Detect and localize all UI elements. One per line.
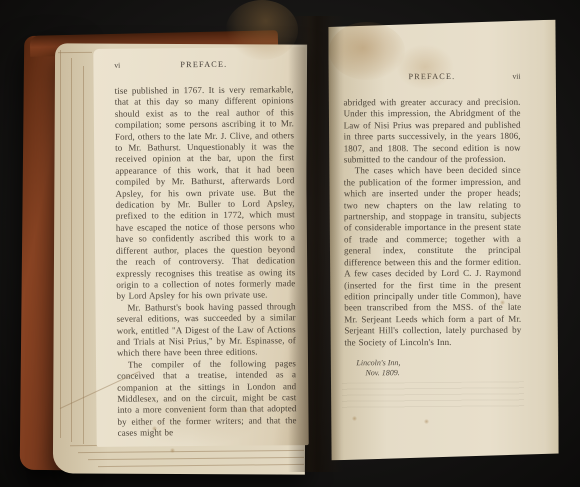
- foxing-spot: [243, 408, 248, 413]
- right-page-number: vii: [494, 72, 520, 81]
- left-page-header: vi PREFACE.: [114, 59, 293, 70]
- paragraph: Mr. Bathurst's book having passed throug…: [116, 301, 295, 360]
- foxing-spot: [500, 300, 505, 305]
- page-edge-line: [60, 50, 61, 438]
- foxing-spot: [424, 419, 429, 424]
- paragraph: tise published in 1767. It is very remar…: [115, 84, 296, 302]
- signature-place: Lincoln's Inn,: [356, 358, 521, 369]
- paragraph: The cases which have been decided since …: [344, 165, 522, 348]
- signature-date: Nov. 1809.: [356, 368, 521, 379]
- foxing-spot: [352, 416, 357, 421]
- left-page: vi PREFACE. tise published in 1767. It i…: [93, 47, 308, 447]
- right-running-head: PREFACE.: [369, 72, 494, 81]
- left-running-head: PREFACE.: [140, 59, 267, 69]
- left-page-number: vi: [114, 61, 140, 70]
- left-page-text: tise published in 1767. It is very remar…: [115, 84, 297, 439]
- paragraph: The compiler of the following pages conc…: [117, 358, 297, 439]
- page-edge-line: [83, 66, 84, 444]
- right-page-text: abridged with greater accuracy and preci…: [344, 97, 522, 349]
- foxing-spot: [152, 426, 157, 431]
- right-page-header: PREFACE. vii: [343, 72, 520, 82]
- page-edge-line: [71, 58, 72, 442]
- paragraph: abridged with greater accuracy and preci…: [344, 97, 521, 166]
- signature-block: Lincoln's Inn, Nov. 1809.: [344, 358, 521, 380]
- showthrough-text: [342, 381, 524, 409]
- foxing-spot: [170, 448, 175, 453]
- photo-background: vi PREFACE. tise published in 1767. It i…: [0, 0, 580, 487]
